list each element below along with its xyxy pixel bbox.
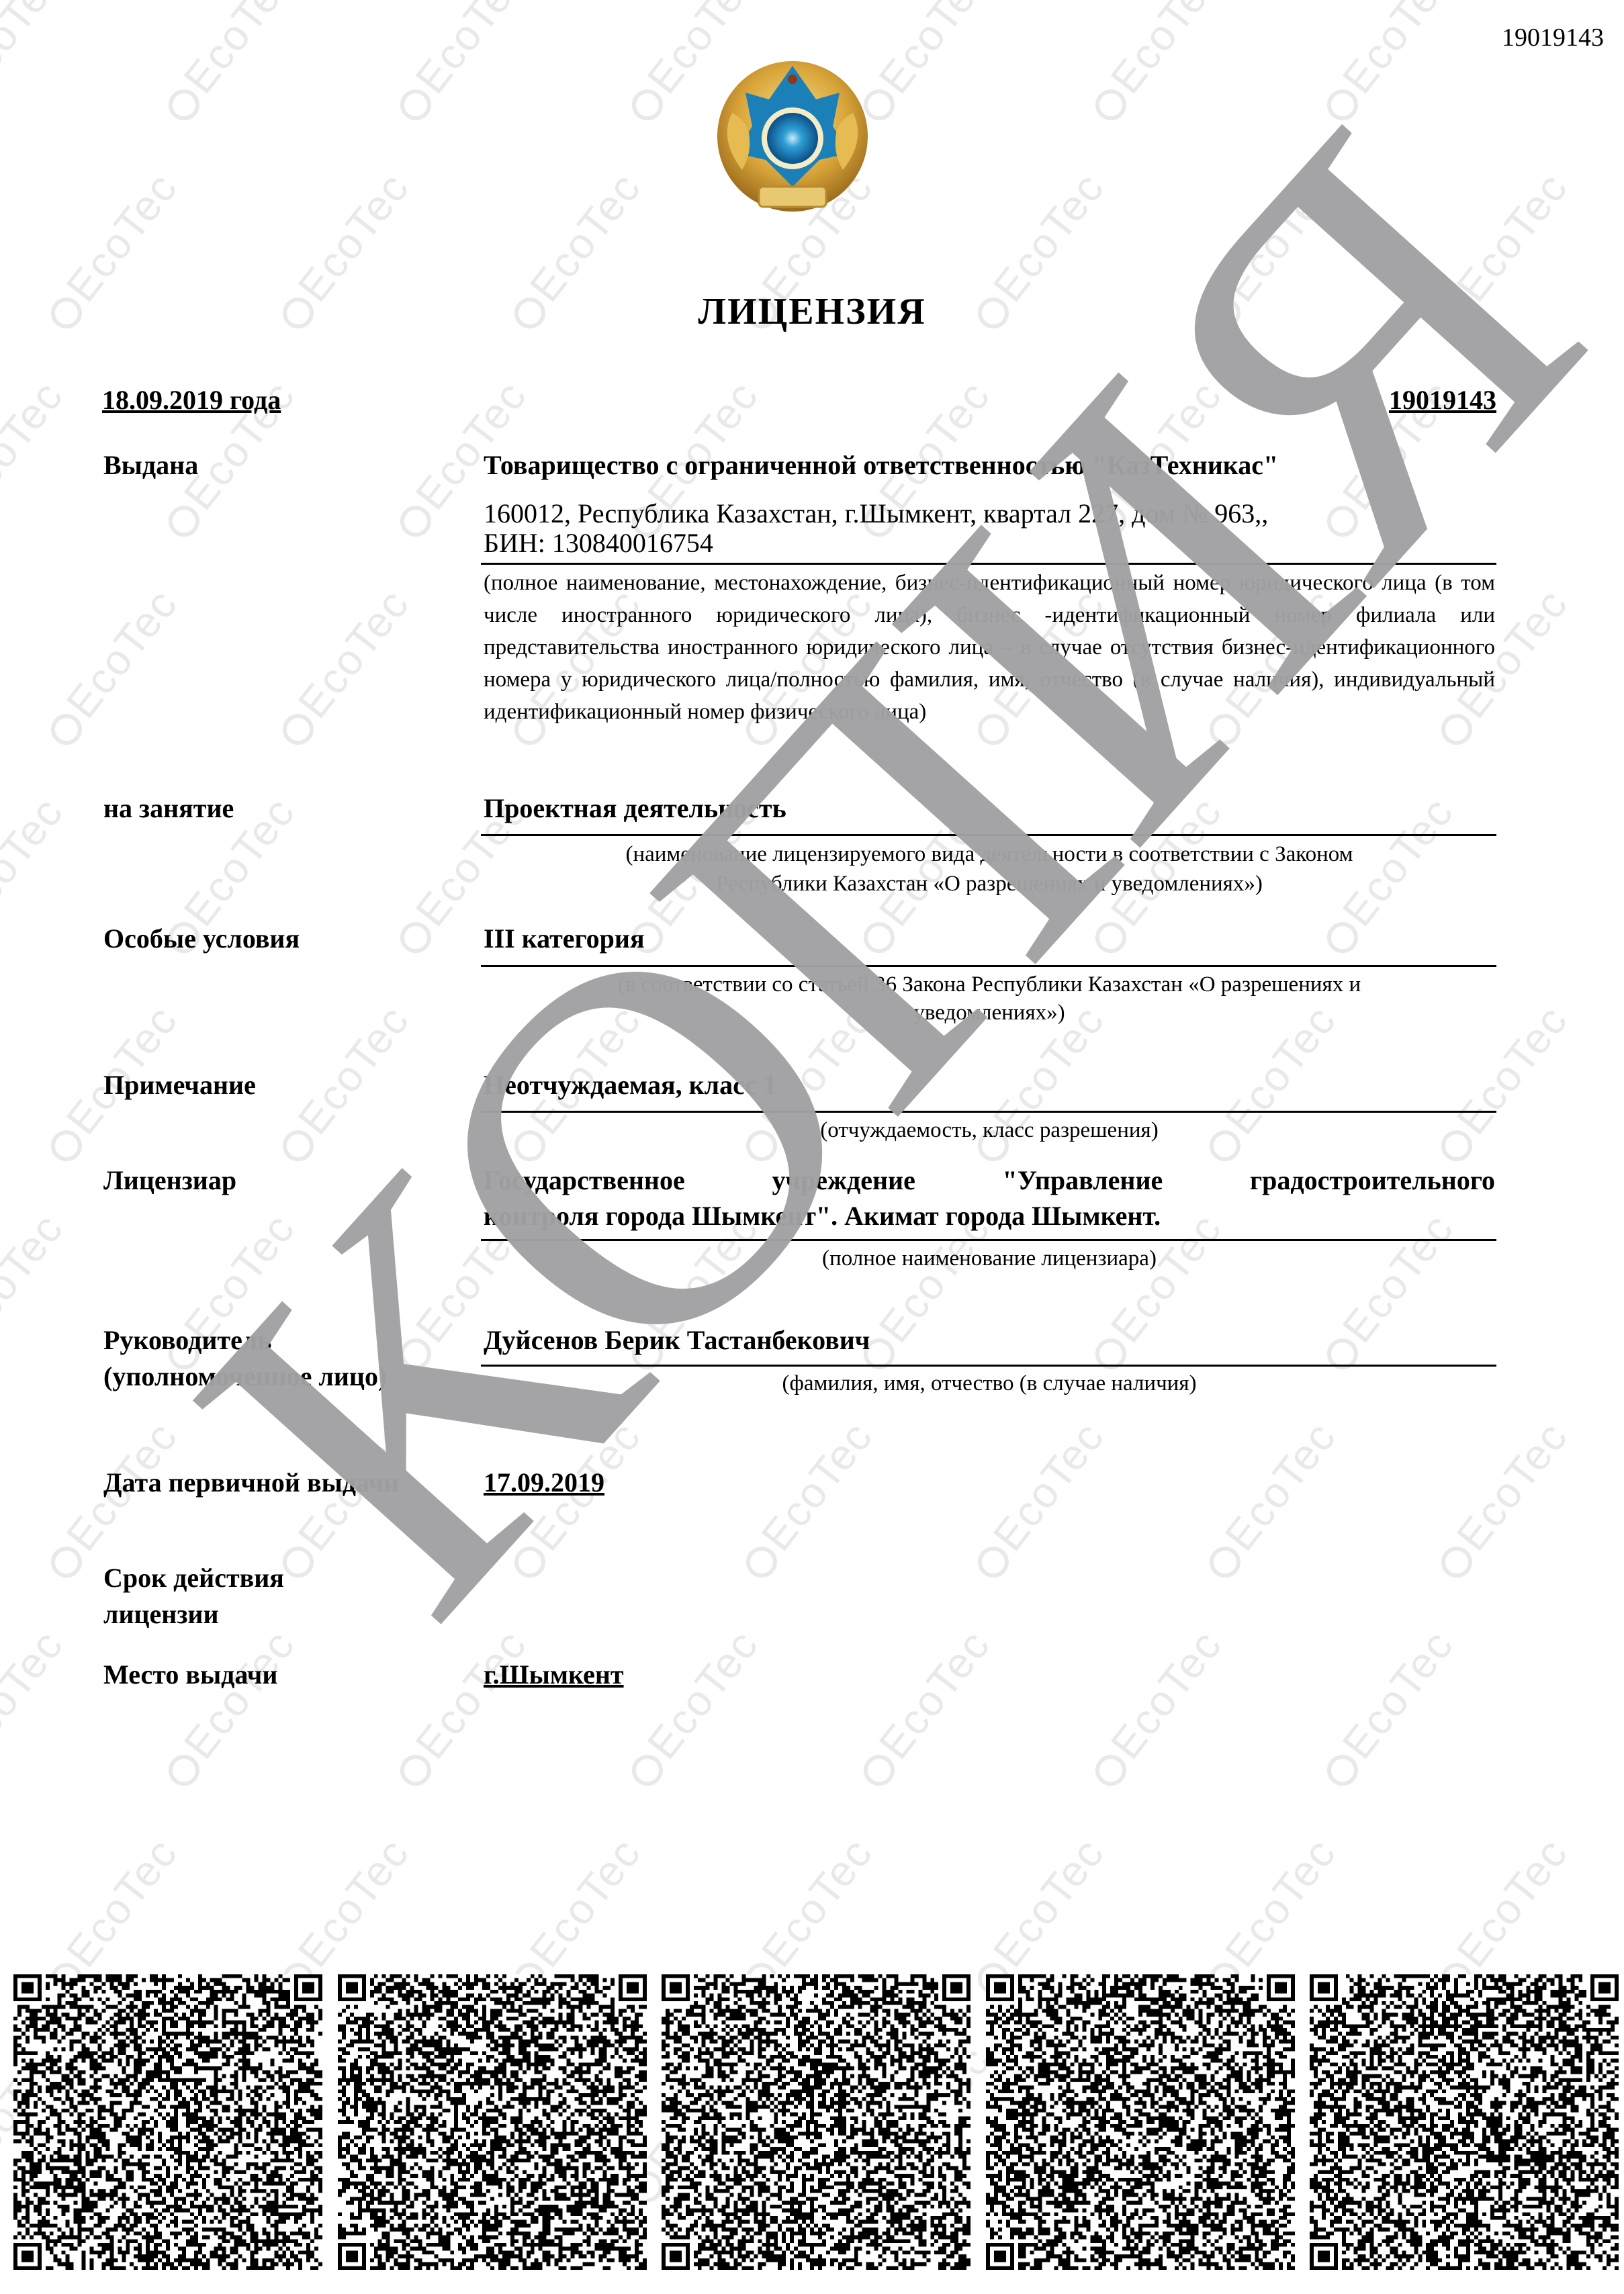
gear-bulb-icon xyxy=(394,1332,438,1376)
remark-label: Примечание xyxy=(103,1066,256,1104)
divider xyxy=(481,834,1496,836)
activity-note-line2: Республики Казахстан «О разрешениях и ув… xyxy=(484,868,1495,900)
validity-label-line1: Срок действия xyxy=(103,1559,284,1597)
place-of-issue-label: Место выдачи xyxy=(103,1656,277,1694)
ecotec-watermark: EcoTec xyxy=(384,1620,537,1796)
divider xyxy=(481,965,1496,967)
qr-code-4 xyxy=(986,1974,1295,2270)
gear-bulb-icon xyxy=(626,1749,670,1792)
special-conditions-note-line1: (в соответствии со статьей 36 Закона Рес… xyxy=(484,968,1495,1001)
divider xyxy=(481,1239,1496,1241)
kazakhstan-emblem-icon xyxy=(705,52,880,227)
ecotec-watermark: EcoTec xyxy=(1079,0,1232,130)
ecotec-watermark: EcoTec xyxy=(848,1620,1000,1796)
gear-bulb-icon xyxy=(1435,1541,1479,1584)
qr-code-3 xyxy=(662,1974,971,2270)
ecotec-watermark: EcoTec xyxy=(152,1620,305,1796)
gear-bulb-icon xyxy=(626,83,670,127)
special-conditions-value: III категория xyxy=(484,920,1495,958)
place-of-issue-value: г.Шымкент xyxy=(484,1656,624,1694)
ecotec-watermark: EcoTec xyxy=(616,1620,768,1796)
ecotec-watermark: EcoTec xyxy=(152,0,305,130)
gear-bulb-icon xyxy=(394,1749,438,1792)
qr-code-2 xyxy=(338,1974,647,2270)
licensor-label: Лицензиар xyxy=(103,1162,236,1199)
gear-bulb-icon xyxy=(394,500,438,543)
issued-to-label: Выдана xyxy=(103,447,198,484)
qr-code-5 xyxy=(1310,1974,1619,2270)
ecotec-watermark: EcoTec xyxy=(0,371,73,547)
head-label-line2: (уполномоченное лицо) xyxy=(103,1358,387,1395)
gear-bulb-icon xyxy=(972,1541,1016,1584)
gear-bulb-icon xyxy=(277,708,320,751)
licensor-value-line1: Государственное учреждение "Управление г… xyxy=(484,1162,1495,1199)
gear-bulb-icon xyxy=(1321,83,1365,127)
head-label-line1: Руководитель xyxy=(103,1322,271,1359)
document-number-top: 19019143 xyxy=(1502,23,1604,52)
activity-label: на занятие xyxy=(103,790,234,827)
gear-bulb-icon xyxy=(1321,1749,1365,1792)
ecotec-watermark: EcoTec xyxy=(1311,1620,1463,1796)
ecotec-watermark: EcoTec xyxy=(384,0,537,130)
divider xyxy=(481,1111,1496,1113)
ecotec-watermark: EcoTec xyxy=(267,580,419,755)
activity-value: Проектная деятельность xyxy=(484,790,1495,827)
gear-bulb-icon xyxy=(1204,1541,1247,1584)
ecotec-watermark: EcoTec xyxy=(0,0,73,130)
special-conditions-label: Особые условия xyxy=(103,920,300,958)
issued-to-note: (полное наименование, местонахождение, б… xyxy=(484,567,1495,728)
head-value: Дуйсенов Берик Тастанбекович xyxy=(484,1322,1495,1359)
ecotec-watermark: EcoTec xyxy=(267,996,419,1171)
ecotec-watermark: EcoTec xyxy=(730,1412,883,1588)
validity-label-line2: лицензии xyxy=(103,1596,219,1633)
ecotec-watermark: EcoTec xyxy=(0,1204,73,1379)
divider xyxy=(481,563,1496,565)
document-title: ЛИЦЕНЗИЯ xyxy=(0,290,1624,333)
ecotec-watermark: EcoTec xyxy=(962,1412,1114,1588)
ecotec-watermark: EcoTec xyxy=(1079,1620,1232,1796)
gear-bulb-icon xyxy=(163,1749,206,1792)
ecotec-watermark: EcoTec xyxy=(1425,1412,1578,1588)
activity-note-line1: (наименование лицензируемого вида деятел… xyxy=(484,838,1495,870)
head-note: (фамилия, имя, отчество (в случае наличи… xyxy=(484,1367,1495,1400)
licensor-value-line2: контроля города Шымкент". Акимат города … xyxy=(484,1197,1495,1235)
remark-value: Неотчуждаемая, класс 1 xyxy=(484,1066,1495,1104)
gear-bulb-icon xyxy=(508,1541,552,1584)
qr-code-row xyxy=(13,1974,1619,2270)
gear-bulb-icon xyxy=(45,1124,89,1168)
gear-bulb-icon xyxy=(45,1541,89,1584)
gear-bulb-icon xyxy=(1089,1749,1133,1792)
gear-bulb-icon xyxy=(394,83,438,127)
gear-bulb-icon xyxy=(45,708,89,751)
gear-bulb-icon xyxy=(394,916,438,960)
gear-bulb-icon xyxy=(858,1749,901,1792)
ecotec-watermark: EcoTec xyxy=(0,1620,73,1796)
ecotec-watermark: EcoTec xyxy=(0,788,73,963)
issue-date: 18.09.2019 года xyxy=(102,384,281,416)
ecotec-watermark: EcoTec xyxy=(1193,1412,1346,1588)
gear-bulb-icon xyxy=(163,83,206,127)
license-number: 19019143 xyxy=(1389,384,1496,416)
qr-code-1 xyxy=(13,1974,322,2270)
first-issue-date-label: Дата первичной выдачи xyxy=(103,1464,399,1502)
issued-to-bin: БИН: 130840016754 xyxy=(484,524,1495,562)
gear-bulb-icon xyxy=(1089,83,1133,127)
gear-bulb-icon xyxy=(740,1541,784,1584)
ecotec-watermark: EcoTec xyxy=(35,580,187,755)
divider xyxy=(481,1365,1496,1367)
remark-note: (отчуждаемость, класс разрешения) xyxy=(484,1114,1495,1146)
ecotec-watermark: EcoTec xyxy=(1311,0,1463,130)
special-conditions-note-line2: уведомлениях») xyxy=(484,997,1495,1029)
gear-bulb-icon xyxy=(277,1124,320,1168)
issued-to-name: Товарищество с ограниченной ответственно… xyxy=(484,447,1495,484)
first-issue-date-value: 17.09.2019 xyxy=(484,1464,604,1502)
licensor-note: (полное наименование лицензиара) xyxy=(484,1242,1495,1275)
gear-bulb-icon xyxy=(163,500,206,543)
